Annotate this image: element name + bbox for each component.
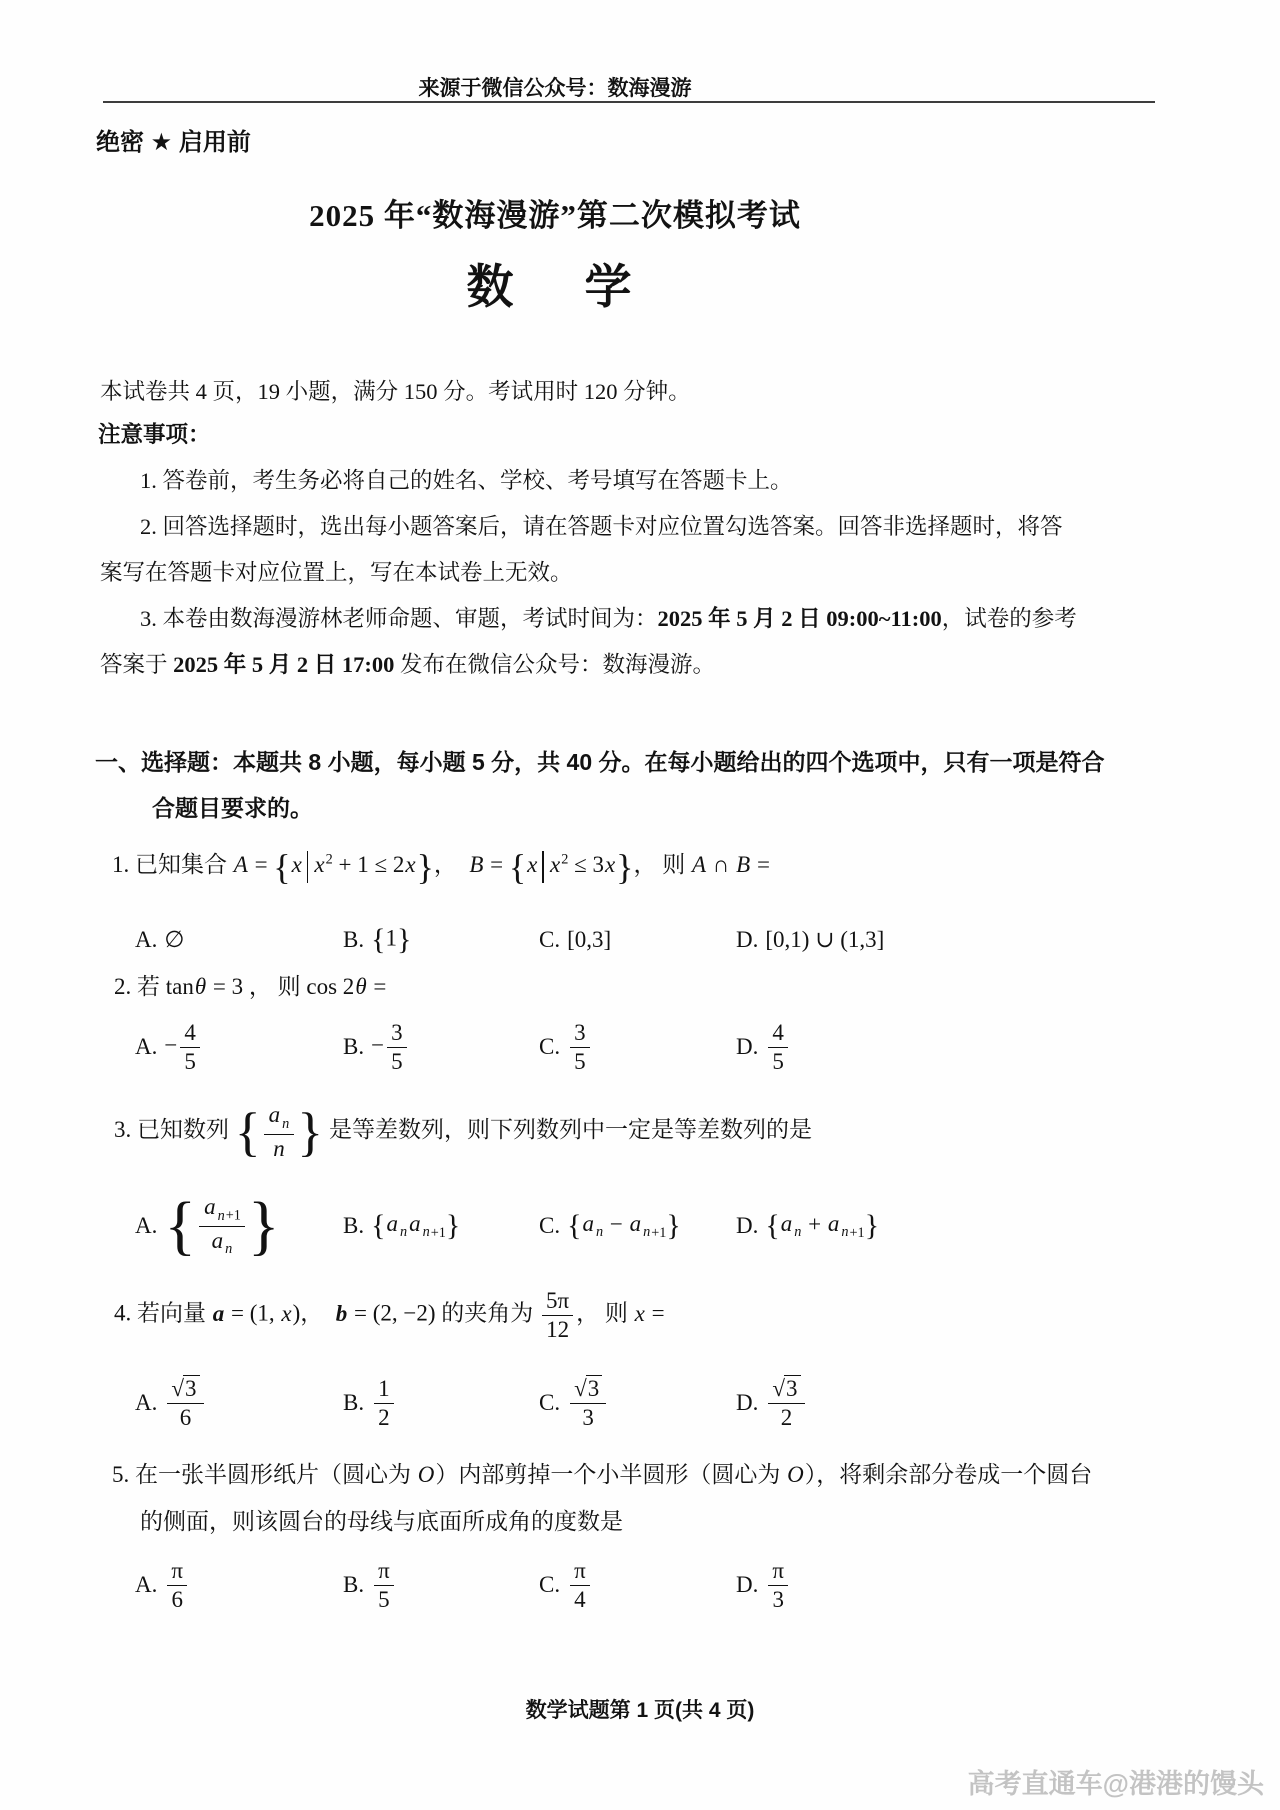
question-4-options: A.√36B.12C.√33D.√32 [135, 1372, 1145, 1434]
exam-title: 2025 年“数海漫游”第二次模拟考试 [0, 190, 1110, 235]
option-label: B. [343, 1034, 364, 1060]
question-4-option-b: B.12 [343, 1376, 539, 1431]
question-5-option-c: C.π4 [539, 1558, 736, 1613]
question-2-option-c: C.35 [539, 1020, 736, 1075]
header-rule [103, 101, 1155, 103]
option-label: A. [135, 1572, 157, 1598]
watermark: 高考直通车@港港的馒头 [968, 1762, 1264, 1801]
option-content: π3 [765, 1558, 791, 1613]
option-content: √36 [164, 1376, 206, 1431]
option-label: C. [539, 927, 560, 953]
question-1-option-a: A.∅ [135, 927, 343, 953]
option-label: A. [135, 1213, 157, 1239]
question-5-stem-line-2: 的侧面，则该圆台的母线与底面所成角的度数是 [140, 1503, 623, 1536]
question-2-options: A.−45B.−35C.35D.45 [135, 1016, 1145, 1078]
subject-title: 数 学 [0, 250, 1110, 317]
option-content: −45 [164, 1020, 202, 1075]
option-content: ∅ [164, 927, 184, 953]
question-2-option-b: B.−35 [343, 1020, 539, 1075]
note-1: 1. 答卷前，考生务必将自己的姓名、学校、考号填写在答题卡上。 [140, 463, 793, 495]
exam-intro: 本试卷共 4 页，19 小题，满分 150 分。考试用时 120 分钟。 [100, 374, 691, 406]
option-label: B. [343, 1572, 364, 1598]
question-2-option-d: D.45 [736, 1020, 1145, 1075]
question-5-options: A.π6B.π5C.π4D.π3 [135, 1554, 1145, 1616]
option-label: B. [343, 1390, 364, 1416]
section-heading-line-2: 合题目要求的。 [152, 790, 313, 823]
option-content: π6 [164, 1558, 190, 1613]
option-content: √32 [765, 1376, 807, 1431]
question-5-stem: 5. 在一张半圆形纸片（圆心为 O）内部剪掉一个小半圆形（圆心为 O），将剩余部… [112, 1456, 1092, 1489]
question-4-option-a: A.√36 [135, 1376, 343, 1431]
option-label: D. [736, 1572, 758, 1598]
option-content: 12 [371, 1376, 397, 1431]
option-label: B. [343, 927, 364, 953]
question-5-option-a: A.π6 [135, 1558, 343, 1613]
security-notice: 绝密 ★ 启用前 [96, 122, 251, 157]
question-3-option-b: B.{anan+1} [343, 1211, 539, 1242]
question-1-option-c: C.[0,3] [539, 927, 736, 953]
option-label: C. [539, 1390, 560, 1416]
source-header: 来源于微信公众号：数海漫游 [0, 72, 1110, 102]
notice-heading: 注意事项： [98, 417, 211, 449]
option-label: A. [135, 1390, 157, 1416]
option-content: {1} [371, 925, 411, 955]
question-4-option-c: C.√33 [539, 1376, 736, 1431]
note-2-line-2: 案写在答题卡对应位置上，写在本试卷上无效。 [100, 555, 573, 587]
note-3-line-2: 答案于 2025 年 5 月 2 日 17:00 发布在微信公众号：数海漫游。 [100, 647, 715, 679]
option-content: [0,1) ∪ (1,3] [765, 927, 884, 953]
option-content: [0,3] [567, 927, 611, 953]
option-label: C. [539, 1034, 560, 1060]
question-4-option-d: D.√32 [736, 1376, 1145, 1431]
option-label: D. [736, 1213, 758, 1239]
option-content: {an − an+1} [567, 1211, 681, 1242]
question-1-stem: 1. 已知集合 A = {xx2 + 1 ≤ 2x}， B = {xx2 ≤ 3… [112, 846, 770, 885]
option-label: D. [736, 1390, 758, 1416]
option-content: {anan+1} [371, 1211, 460, 1242]
section-heading-line-1: 一、选择题：本题共 8 小题，每小题 5 分，共 40 分。在每小题给出的四个选… [95, 744, 1105, 777]
option-content: π4 [567, 1558, 593, 1613]
option-label: A. [135, 1034, 157, 1060]
note-3-line-1: 3. 本卷由数海漫游林老师命题、审题，考试时间为：2025 年 5 月 2 日 … [140, 601, 1077, 633]
question-2-stem: 2. 若 tanθ = 3 ， 则 cos 2θ = [114, 968, 386, 1001]
question-3-options: A.{an+1an}B.{anan+1}C.{an − an+1}D.{an +… [135, 1188, 1145, 1264]
question-1-options: A.∅B.{1}C.[0,3]D.[0,1) ∪ (1,3] [135, 920, 1145, 960]
option-content: −35 [371, 1020, 409, 1075]
question-1-option-b: B.{1} [343, 925, 539, 955]
exam-paper-page: 来源于微信公众号：数海漫游 绝密 ★ 启用前 2025 年“数海漫游”第二次模拟… [0, 0, 1280, 1810]
question-4-stem: 4. 若向量 a = (1, x)， b = (2, −2) 的夹角为 5π12… [114, 1288, 665, 1343]
question-3-stem: 3. 已知数列 {ann} 是等差数列，则下列数列中一定是等差数列的是 [114, 1102, 812, 1161]
option-content: 45 [765, 1020, 791, 1075]
question-1-option-d: D.[0,1) ∪ (1,3] [736, 927, 1145, 953]
question-3-option-d: D.{an + an+1} [736, 1211, 1145, 1242]
option-content: π5 [371, 1558, 397, 1613]
question-5-option-b: B.π5 [343, 1558, 539, 1613]
option-content: {an + an+1} [765, 1211, 879, 1242]
option-label: D. [736, 927, 758, 953]
option-label: A. [135, 927, 157, 953]
option-label: D. [736, 1034, 758, 1060]
option-label: B. [343, 1213, 364, 1239]
option-content: {an+1an} [164, 1193, 279, 1259]
question-3-option-a: A.{an+1an} [135, 1193, 343, 1259]
option-label: C. [539, 1213, 560, 1239]
question-5-option-d: D.π3 [736, 1558, 1145, 1613]
option-label: C. [539, 1572, 560, 1598]
question-2-option-a: A.−45 [135, 1020, 343, 1075]
question-3-option-c: C.{an − an+1} [539, 1211, 736, 1242]
option-content: √33 [567, 1376, 609, 1431]
note-2-line-1: 2. 回答选择题时，选出每小题答案后，请在答题卡对应位置勾选答案。回答非选择题时… [140, 509, 1063, 541]
page-footer: 数学试题第 1 页(共 4 页) [0, 1694, 1280, 1724]
option-content: 35 [567, 1020, 593, 1075]
